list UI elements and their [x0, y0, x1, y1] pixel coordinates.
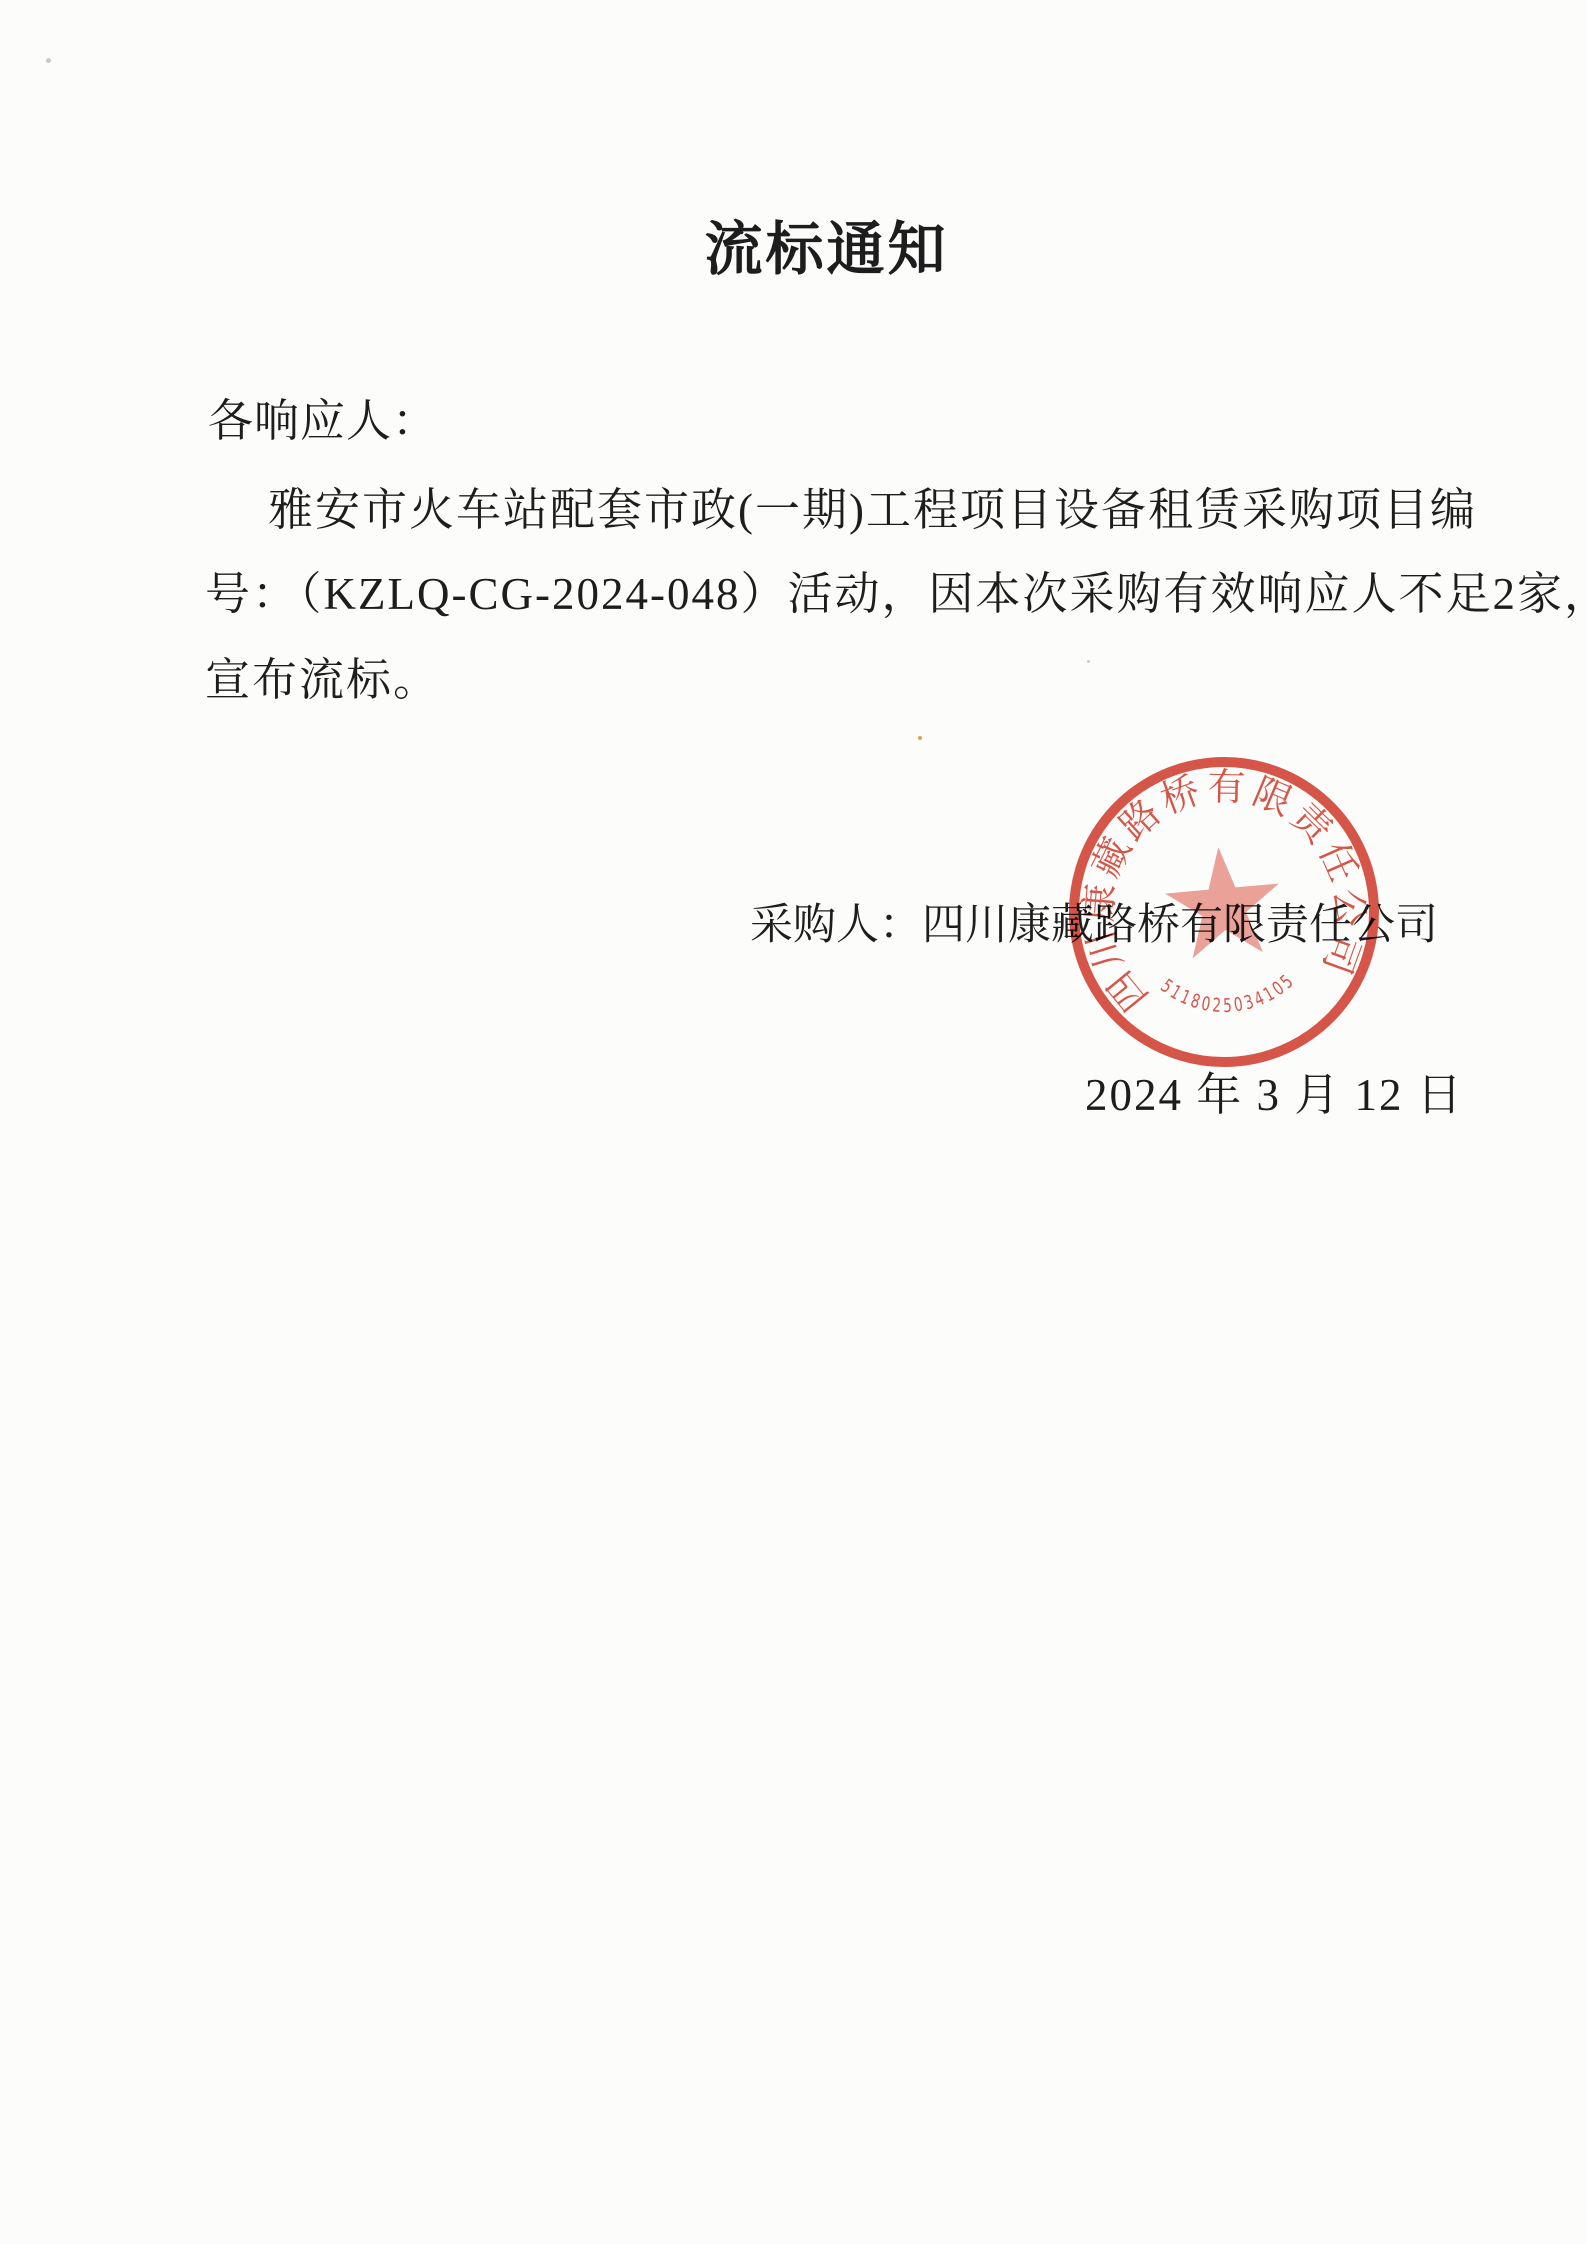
seal-number-arc-text: 5118025034105 [1155, 964, 1302, 1023]
scan-speck [1087, 660, 1090, 663]
seal-star-icon [1161, 842, 1284, 960]
scan-speck [46, 58, 51, 63]
body-line-1: 雅安市火车站配套市政(一期)工程项目设备租赁采购项目编 [268, 473, 1477, 538]
body-line-2: 号：（KZLQ-CG-2024-048）活动，因本次采购有效响应人不足2家，故 [205, 557, 1587, 622]
company-seal-icon: 四川康藏路桥有限责任公司 5118025034105 [1059, 747, 1389, 1077]
salutation: 各响应人： [208, 384, 438, 449]
scan-speck [918, 736, 922, 740]
document-title: 流标通知 [33, 202, 1587, 286]
svg-text:5118025034105: 5118025034105 [1155, 964, 1302, 1023]
document-page: 流标通知 各响应人： 雅安市火车站配套市政(一期)工程项目设备租赁采购项目编 号… [0, 0, 1587, 2244]
body-line-3: 宣布流标。 [205, 643, 440, 708]
